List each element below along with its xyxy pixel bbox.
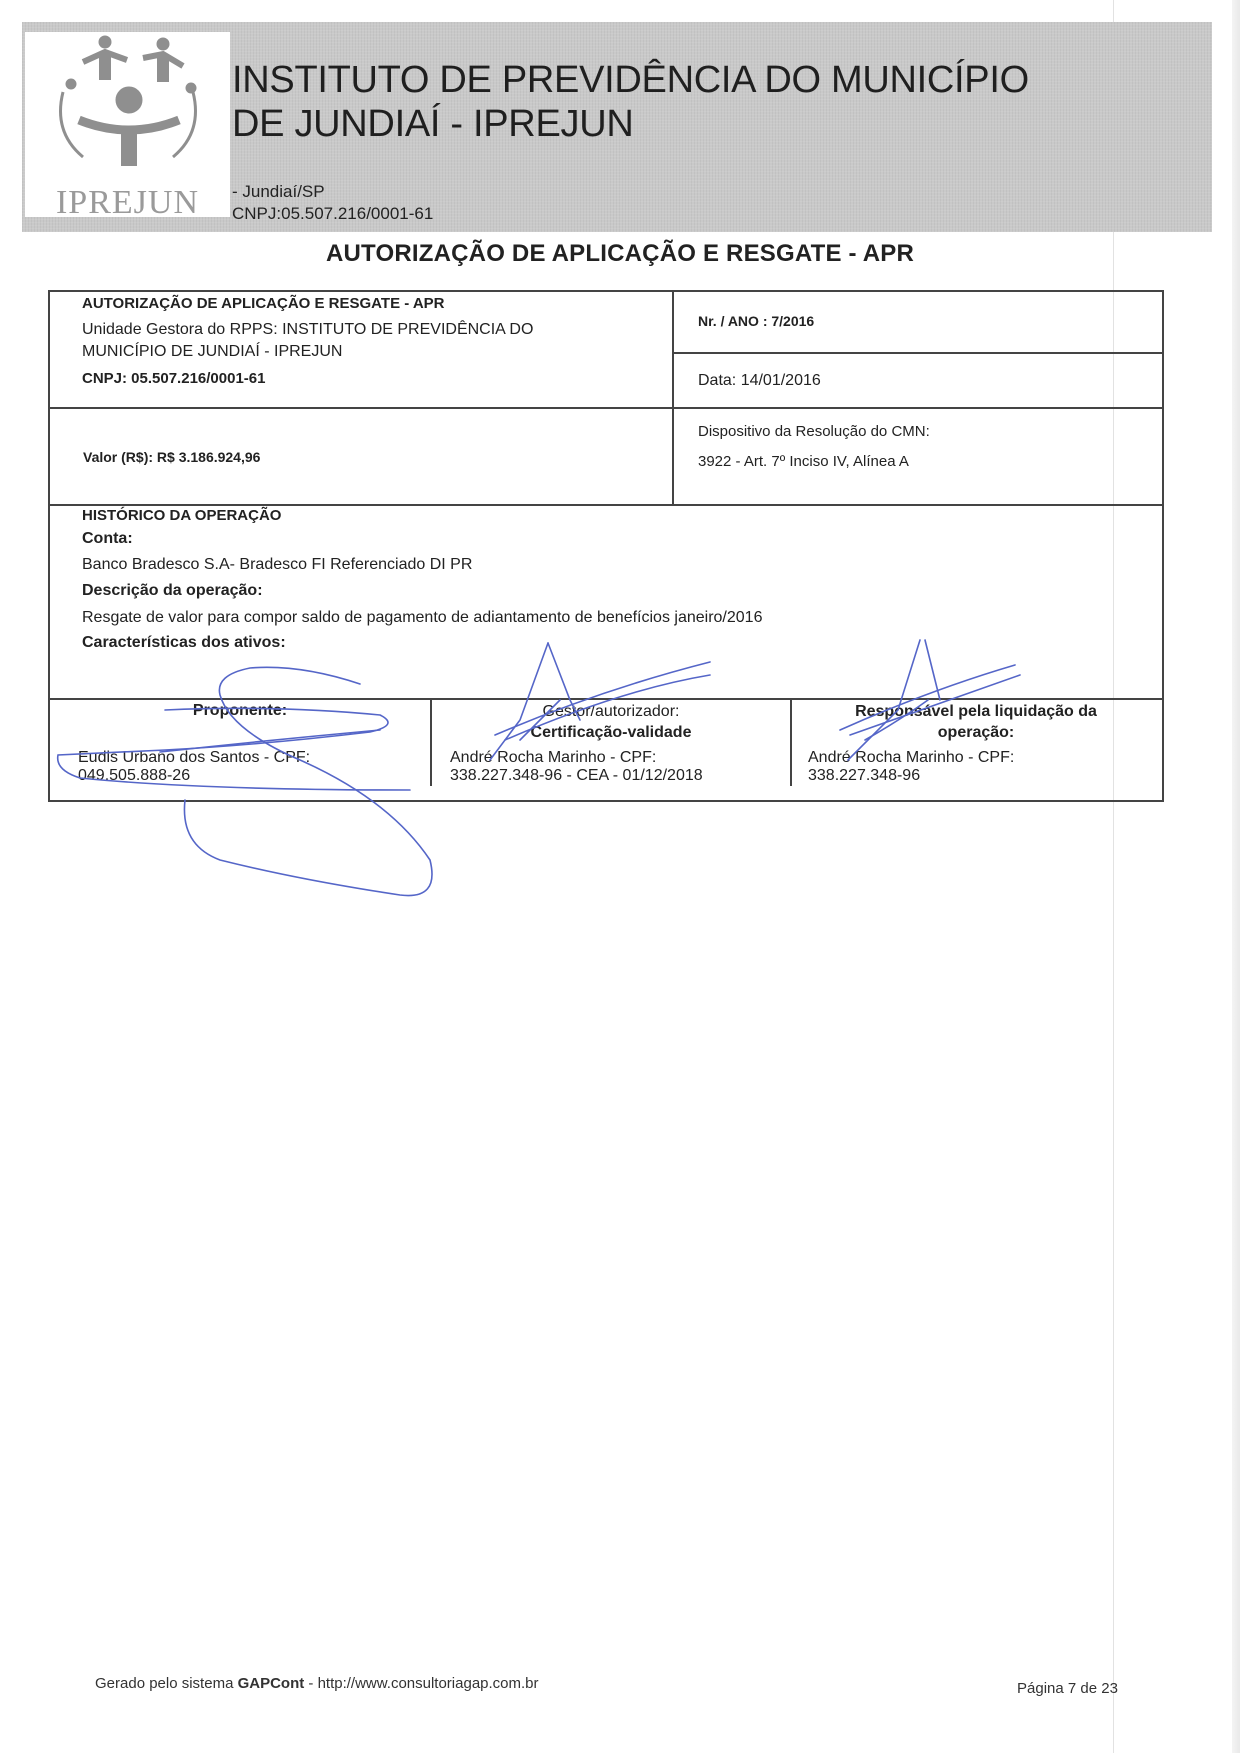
proponente-cpf: 049.505.888-26 bbox=[78, 767, 190, 785]
proponente-role: Proponente: bbox=[50, 702, 430, 720]
historico-title: HISTÓRICO DA OPERAÇÃO bbox=[82, 507, 281, 524]
divider-row1 bbox=[48, 407, 1162, 409]
institution-cnpj: CNPJ:05.507.216/0001-61 bbox=[232, 204, 433, 224]
proponente-name: Eudis Urbano dos Santos - CPF: bbox=[78, 749, 310, 767]
page-number: Página 7 de 23 bbox=[1017, 1680, 1118, 1697]
gestor-cpf: 338.227.348-96 - CEA - 01/12/2018 bbox=[450, 767, 703, 785]
unidade-gestora-line1: Unidade Gestora do RPPS: INSTITUTO DE PR… bbox=[82, 321, 533, 339]
document-title: AUTORIZAÇÃO DE APLICAÇÃO E RESGATE - APR bbox=[0, 240, 1240, 268]
institution-logo: IPREJUN bbox=[25, 32, 230, 217]
dispositivo-label: Dispositivo da Resolução do CMN: bbox=[698, 423, 930, 440]
box-title: AUTORIZAÇÃO DE APLICAÇÃO E RESGATE - APR bbox=[82, 295, 445, 312]
footer-generated-by: Gerado pelo sistema GAPCont - http://www… bbox=[95, 1675, 539, 1692]
footer-url: - http://www.consultoriagap.com.br bbox=[304, 1675, 538, 1692]
responsavel-cpf: 338.227.348-96 bbox=[808, 767, 920, 785]
unidade-gestora-line2: MUNICÍPIO DE JUNDIAÍ - IPREJUN bbox=[82, 343, 342, 361]
institution-name: INSTITUTO DE PREVIDÊNCIA DO MUNICÍPIO DE… bbox=[232, 58, 1029, 146]
responsavel-role-cont: operação: bbox=[792, 724, 1160, 742]
descricao-label: Descrição da operação: bbox=[82, 582, 263, 600]
divider-nr-data bbox=[673, 352, 1162, 354]
logo-wordmark: IPREJUN bbox=[25, 184, 230, 222]
divider-row3 bbox=[48, 698, 1162, 700]
conta-label: Conta: bbox=[82, 530, 133, 548]
divider-right-column bbox=[672, 290, 674, 506]
descricao-value: Resgate de valor para compor saldo de pa… bbox=[82, 609, 762, 627]
conta-value: Banco Bradesco S.A- Bradesco FI Referenc… bbox=[82, 556, 472, 574]
footer-system-name: GAPCont bbox=[238, 1675, 305, 1692]
form-date: Data: 14/01/2016 bbox=[698, 372, 821, 390]
responsavel-name: André Rocha Marinho - CPF: bbox=[808, 749, 1014, 767]
nr-ano: Nr. / ANO : 7/2016 bbox=[698, 313, 814, 329]
responsavel-role: Responsável pela liquidação da bbox=[792, 703, 1160, 721]
institution-name-line2: DE JUNDIAÍ - IPREJUN bbox=[232, 102, 1029, 146]
gestor-role: Gestor/autorizador: bbox=[432, 703, 790, 721]
gestor-name: André Rocha Marinho - CPF: bbox=[450, 749, 656, 767]
institution-city: - Jundiaí/SP bbox=[232, 182, 325, 202]
divider-row2 bbox=[48, 504, 1162, 506]
caracteristicas-label: Características dos ativos: bbox=[82, 634, 286, 652]
dispositivo-value: 3922 - Art. 7º Inciso IV, Alínea A bbox=[698, 453, 909, 470]
gestor-certificacao: Certificação-validade bbox=[432, 724, 790, 742]
people-circle-logo-icon bbox=[43, 32, 213, 182]
valor: Valor (R$): R$ 3.186.924,96 bbox=[83, 449, 260, 465]
institution-name-line1: INSTITUTO DE PREVIDÊNCIA DO MUNICÍPIO bbox=[232, 58, 1029, 102]
footer-prefix: Gerado pelo sistema bbox=[95, 1675, 238, 1692]
form-cnpj: CNPJ: 05.507.216/0001-61 bbox=[82, 370, 265, 387]
